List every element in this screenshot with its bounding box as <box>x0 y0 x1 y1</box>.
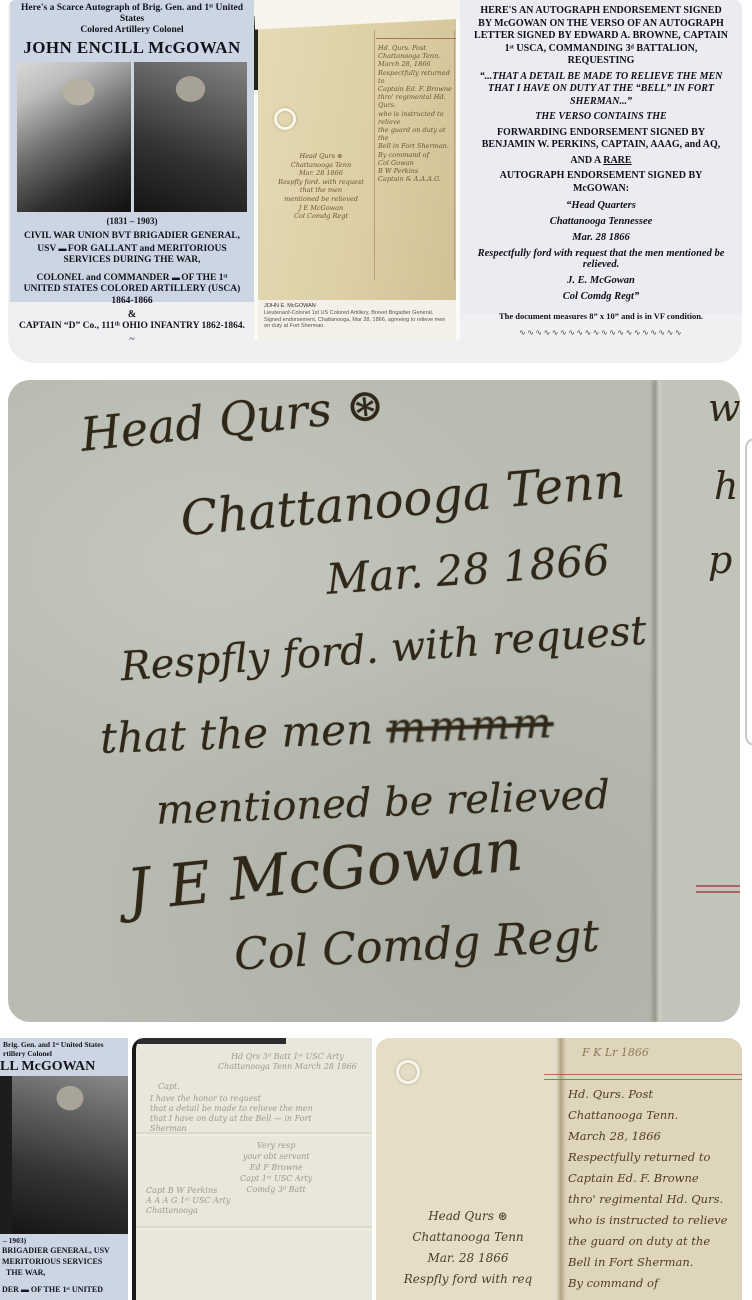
letter-heading: Hd Qrs 3ᵈ Batt 1ˢᵗ USC Arty Chattanooga … <box>218 1052 357 1072</box>
embossed-seal-icon <box>396 1060 420 1084</box>
paper-top-fold <box>254 0 460 30</box>
letter-body: I have the honor to request that a detai… <box>150 1094 313 1134</box>
red-ruled-line <box>544 1074 742 1080</box>
handwriting-line: Sherman <box>150 1124 313 1134</box>
handwriting-line: Captain Ed. F. Browne <box>378 85 454 93</box>
handwriting-line: Bell in Fort Sherman. <box>568 1252 740 1273</box>
handwriting-line: J E McGowan <box>270 204 372 213</box>
document-scan-panel: Hd. Qurs. Post Chattanooga Tenn. March 2… <box>254 0 460 340</box>
handwriting-line: Hd. Qurs. Post <box>568 1084 740 1105</box>
handwriting-line: A A A G 1ˢᵗ USC Arty <box>146 1196 230 1206</box>
description-paragraph: HERE'S AN AUTOGRAPH ENDORSEMENT SIGNED B… <box>474 5 728 68</box>
handwriting-line: Respfly ford. with request <box>270 178 372 187</box>
handwriting-line: thro' regimental Hd. Qurs. <box>568 1189 740 1210</box>
credit-text: FOR GALLANT and MERITORIOUS SERVICES DUR… <box>63 244 226 266</box>
main-photo-handwriting[interactable]: Head Qurs ⊛ Chattanooga Tenn Mar. 28 186… <box>8 380 740 1022</box>
transcription-line: J. E. McGowan <box>474 275 728 286</box>
handwriting-line: Chattanooga Tenn <box>178 453 626 548</box>
credit-line-3: CAPTAIN “D” Co., 111ᵗʰ OHIO INFANTRY 186… <box>18 321 246 333</box>
description-panel: HERE'S AN AUTOGRAPH ENDORSEMENT SIGNED B… <box>460 0 742 314</box>
handwriting-line: Respectfully returned to <box>568 1147 740 1168</box>
handwriting-line: Respfly ford with req <box>378 1269 558 1290</box>
handwriting-line: your obt servant <box>240 1151 312 1162</box>
thumb-text-line: Brig. Gen. and 1ˢᵗ United States <box>3 1040 104 1049</box>
gallery-image-top[interactable]: Here's a Scarce Autograph of Brig. Gen. … <box>8 0 742 363</box>
transcription-line: Respectfully ford with request that the … <box>474 248 728 270</box>
thumb-text-line: rtillery Colonel <box>3 1049 52 1058</box>
handwriting-line: Col Comdg Regt <box>233 910 601 980</box>
thumbnail-promo-crop[interactable]: Brig. Gen. and 1ˢᵗ United States rtiller… <box>0 1038 128 1300</box>
credit-line-2: COLONEL and COMMANDER ▬ OF THE 1ˢᵗ UNITE… <box>18 272 246 308</box>
handwriting-line: Chattanooga Tenn March 28 1866 <box>218 1062 357 1072</box>
thumbnail-verso-closeup[interactable]: F K Lr 1866 Hd. Qurs. Post Chattanooga T… <box>376 1038 742 1300</box>
transcription-line: Mar. 28 1866 <box>474 232 728 243</box>
handwriting-line: Col Comdg Regt <box>270 212 372 221</box>
handwriting-line: that I have on duty at the Bell — in For… <box>150 1114 313 1124</box>
photo-edge-shadow <box>136 1038 286 1044</box>
handwriting-line: Bell in Fort Sherman. <box>378 142 454 150</box>
description-paragraph: AND A RARE <box>474 155 728 168</box>
caption-text: Lieutenant-Colonel 1st US Colored Artill… <box>264 310 450 330</box>
edge-writing-fragment: h <box>714 464 738 508</box>
handwriting-line: March 28, 1866 <box>568 1126 740 1147</box>
tilde-ornament: ~ <box>10 334 254 345</box>
handwriting-line: Captain Ed. F. Browne <box>568 1168 740 1189</box>
handwriting-line: mentioned be relieved <box>270 195 372 204</box>
thumb-text-line: MERITORIOUS SERVICES <box>2 1257 102 1266</box>
description-paragraph: THE VERSO CONTAINS THE <box>474 111 728 124</box>
promo-header: Here's a Scarce Autograph of Brig. Gen. … <box>14 3 250 36</box>
mcgowan-endorsement-column: Head Qurs ⊛ Chattanooga Tenn Mar. 28 186… <box>270 152 372 221</box>
handwriting-line: By command of <box>568 1273 740 1294</box>
promo-header-line1: Here's a Scarce Autograph of Brig. Gen. … <box>21 3 243 24</box>
handwriting-line: Respfly ford. with request <box>119 608 648 691</box>
handwriting-line: the guard on duty at the <box>378 126 454 142</box>
transcription-line: “Head Quarters <box>474 200 728 211</box>
handwriting-line: Head Qurs ⊛ <box>270 152 372 161</box>
thumb-text-line: DER ▬ OF THE 1ˢᵗ UNITED <box>2 1285 103 1294</box>
letter-signature-block: Very resp your obt servant Ed F Browne C… <box>240 1140 312 1195</box>
handwriting-line: Hd Qrs 3ᵈ Batt 1ˢᵗ USC Arty <box>218 1052 357 1062</box>
mcgowan-endorsement-column: Head Qurs ⊛ Chattanooga Tenn Mar. 28 186… <box>378 1206 558 1290</box>
scanned-document-paper: Hd. Qurs. Post Chattanooga Tenn. March 2… <box>258 4 456 300</box>
docket-scribble: F K Lr 1866 <box>582 1046 649 1059</box>
handwriting-line: I have the honor to request <box>150 1094 313 1104</box>
description-paragraph: FORWARDING ENDORSEMENT SIGNED BY BENJAMI… <box>474 127 728 152</box>
red-ruled-line <box>376 38 456 39</box>
portrait-photo-right <box>134 62 248 212</box>
promo-header-line2: Colored Artillery Colonel <box>80 25 183 35</box>
handwriting-line: Chattanooga Tenn <box>378 1227 558 1248</box>
handwriting-line: March 28, 1866 <box>378 60 454 68</box>
handwriting-line: mentioned be relieved <box>155 772 610 834</box>
portrait-photo-crop <box>12 1076 128 1234</box>
handwriting-line: that a detail be made to relieve the men <box>150 1104 313 1114</box>
handwriting-line: Col Gowan <box>378 159 454 167</box>
measurement-text: The document measures 8” x 10” and is in… <box>474 311 728 321</box>
description-paragraph: AUTOGRAPH ENDORSEMENT SIGNED BY McGOWAN: <box>474 170 728 195</box>
scan-caption: JOHN E. McGOWAN Lieutenant-Colonel 1st U… <box>258 300 456 340</box>
text-run: that the men <box>99 704 374 762</box>
description-quote: “...THAT A DETAIL BE MADE TO RELIEVE THE… <box>474 71 728 109</box>
thumb-title-crop: LL McGOWAN <box>0 1059 95 1075</box>
handwriting-line: Head Qurs ⊛ <box>378 1206 558 1227</box>
side-panel-handle[interactable] <box>745 438 752 746</box>
text-run: AND A <box>570 155 603 166</box>
handwriting-line: that the men <box>270 186 372 195</box>
fold-crease <box>136 1226 372 1230</box>
handwriting-line: Mar. 28 1866 <box>270 169 372 178</box>
handwriting-line: Captain & A.A.A.G. <box>378 175 454 183</box>
handwriting-line: Chattanooga Tenn. <box>378 52 454 60</box>
red-ruled-line <box>454 30 455 280</box>
promo-title: JOHN ENCILL McGOWAN <box>10 38 254 58</box>
lifespan-text: (1831 – 1903) <box>10 216 254 226</box>
flag-icon: ▬ <box>172 273 179 282</box>
portrait-photos <box>10 62 254 212</box>
handwriting-line: the guard on duty at the <box>568 1231 740 1252</box>
handwriting-line: Capt. <box>158 1082 180 1092</box>
red-ruled-line <box>696 885 740 893</box>
handwriting-line: Respectfully returned to <box>378 69 454 85</box>
portrait-photo-left <box>17 62 131 212</box>
handwriting-line: Chattanooga Tenn <box>270 161 372 170</box>
transcription-block: “Head Quarters Chattanooga Tennessee Mar… <box>474 200 728 302</box>
mcgowan-promo-panel: Here's a Scarce Autograph of Brig. Gen. … <box>10 0 254 302</box>
listing-image-gallery: Here's a Scarce Autograph of Brig. Gen. … <box>0 0 752 1300</box>
rare-emphasis: RARE <box>603 155 631 166</box>
thumb-text-line: THE WAR, <box>6 1268 45 1277</box>
decorative-divider: ∿∿∿∿∿∿∿∿∿∿∿∿∿∿∿∿∿∿∿∿ <box>474 328 728 337</box>
flag-icon: ▬ <box>59 244 66 253</box>
handwriting-line: Chattanooga Tenn. <box>568 1105 740 1126</box>
handwriting-line: Chattanooga <box>146 1206 230 1216</box>
handwriting-line: By command of <box>378 151 454 159</box>
handwriting-line: Capt 1ˢᵗ USC Arty <box>240 1173 312 1184</box>
transcription-line: Col Comdg Regt” <box>474 291 728 302</box>
handwriting-line: Capt B W Perkins <box>146 1186 230 1196</box>
handwriting-line: who is instructed to relieve <box>568 1210 740 1231</box>
credit-text: COLONEL and COMMANDER <box>36 273 169 283</box>
fold-crease <box>650 380 662 1022</box>
edge-writing-fragment: w <box>708 386 740 430</box>
handwriting-line: Hd. Qurs. Post <box>378 44 454 52</box>
handwriting-line: Very resp <box>240 1140 312 1151</box>
handwriting-line: Mar. 28 1866 <box>378 1248 558 1269</box>
edge-writing-fragment: p <box>708 538 732 582</box>
thumbnail-browne-letter[interactable]: Hd Qrs 3ᵈ Batt 1ˢᵗ USC Arty Chattanooga … <box>132 1038 372 1300</box>
handwriting-line: that the men mmmm <box>99 698 554 763</box>
thumb-text-line: BRIGADIER GENERAL, USV <box>2 1246 110 1255</box>
handwriting-line: thro' regimental Hd. Qurs. <box>378 93 454 109</box>
transcription-line: Chattanooga Tennessee <box>474 216 728 227</box>
endorsement-column: Hd. Qurs. Post Chattanooga Tenn. March 2… <box>378 44 454 183</box>
handwriting-line: Ed F Browne <box>240 1162 312 1173</box>
handwriting-line: Mar. 28 1866 <box>325 535 612 604</box>
handwriting-line: Comdg 3ᵈ Batt <box>240 1184 312 1195</box>
photo-edge-shadow <box>0 1076 12 1234</box>
handwriting-line: B W Perkins <box>378 167 454 175</box>
letter-address-block: Capt B W Perkins A A A G 1ˢᵗ USC Arty Ch… <box>146 1186 230 1216</box>
credit-line-1: CIVIL WAR UNION BVT BRIGADIER GENERAL, U… <box>18 231 246 267</box>
struck-out-word: mmmm <box>386 698 555 753</box>
embossed-seal-icon <box>274 108 296 130</box>
endorsement-column: Hd. Qurs. Post Chattanooga Tenn. March 2… <box>568 1084 740 1294</box>
red-ruled-line <box>374 30 375 280</box>
caption-name: JOHN E. McGOWAN <box>264 303 450 309</box>
handwriting-line: Head Qurs ⊛ <box>78 380 387 462</box>
thumb-text-line: – 1903) <box>3 1236 26 1245</box>
handwriting-line: who is instructed to relieve <box>378 110 454 126</box>
ampersand-text: & <box>10 309 254 320</box>
